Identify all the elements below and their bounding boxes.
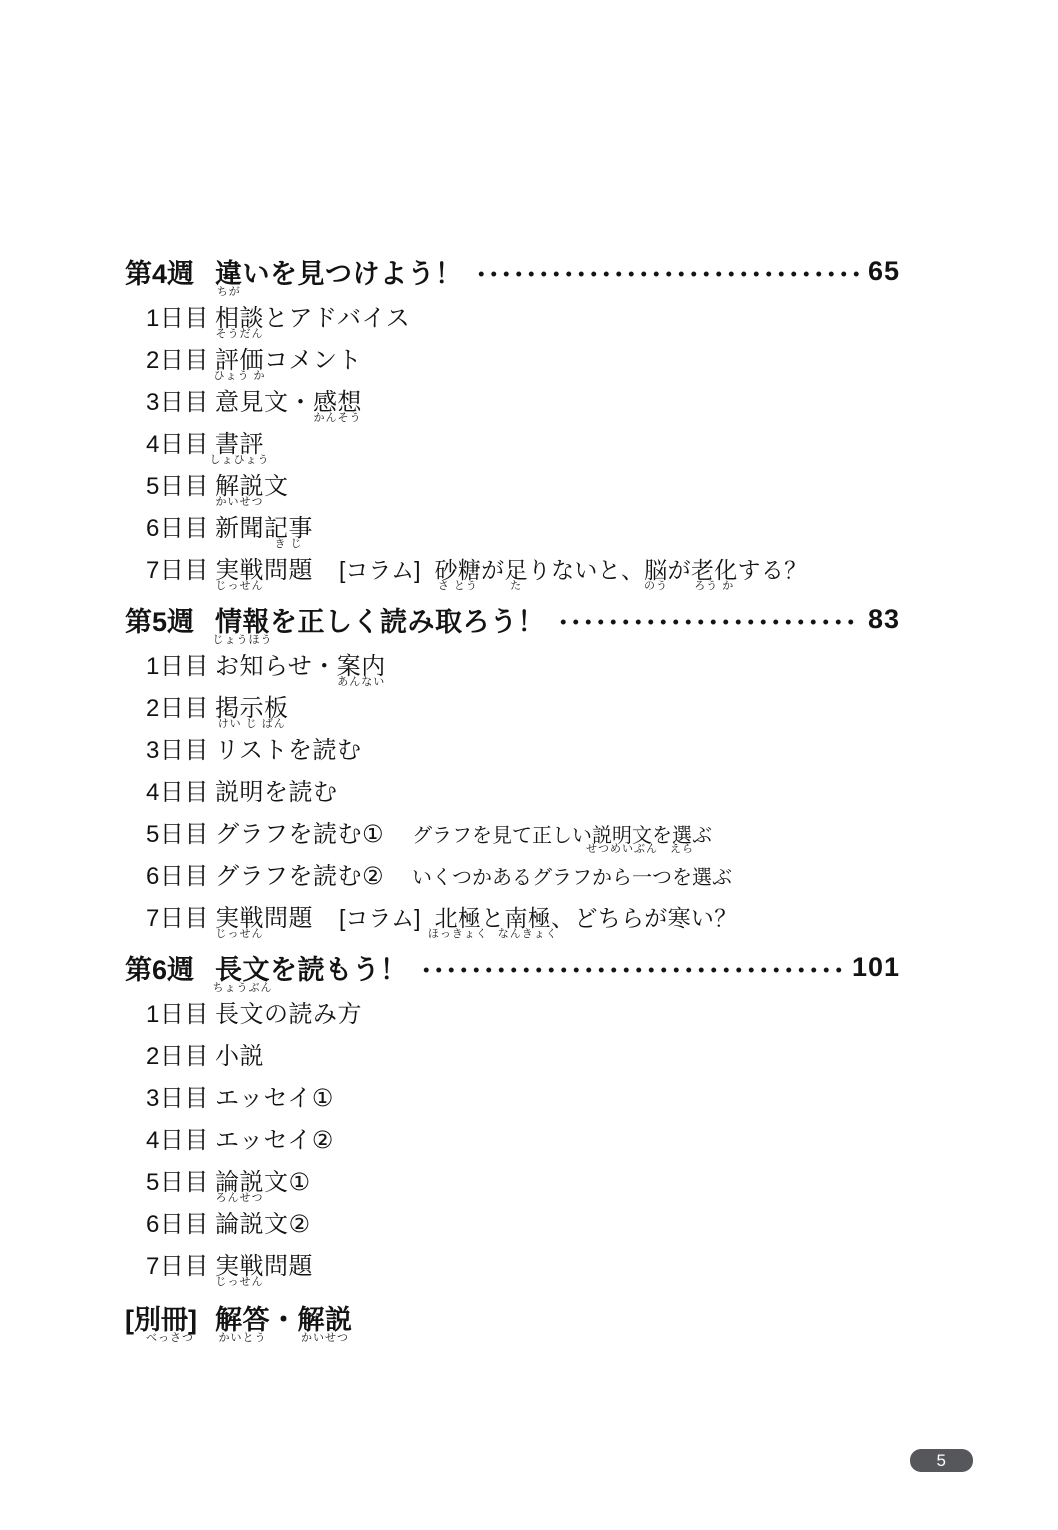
- furigana-text: ちが: [217, 287, 241, 298]
- day-title: 意見文・感想かんそう: [215, 382, 362, 417]
- toc-day-row: 4日目エッセイ②: [146, 1120, 1028, 1150]
- day-title: エッセイ①: [215, 1078, 334, 1113]
- text-segment: いくつかあるグラフから一つを選ぶ: [412, 867, 732, 889]
- furigana-text: えら: [670, 844, 694, 855]
- day-title: 実戦じっせん問題: [215, 1246, 313, 1281]
- furigana-text: ひょう か: [213, 371, 265, 382]
- day-title: 解説かいせつ文: [215, 466, 289, 501]
- week-page-number: 101: [852, 952, 900, 983]
- day-title: エッセイ②: [215, 1120, 334, 1155]
- ruby-base: 長文: [215, 955, 270, 985]
- column-tag: [コラム]: [339, 552, 421, 585]
- ruby-word: 選えら: [672, 819, 692, 848]
- text-segment: 新聞: [215, 515, 264, 542]
- table-of-contents: 第4週違ちがいを見つけよう！651日目相談そうだんとアドバイス2日目評価ひょう …: [0, 254, 1058, 1332]
- column-title: 砂糖さ とうが足たりないと、脳のうが老化ろう かする？: [435, 552, 808, 585]
- furigana-text: のう: [644, 581, 668, 592]
- furigana-text: かんそう: [314, 413, 362, 424]
- furigana-text: じょうほう: [213, 635, 273, 646]
- day-label: 1日目: [146, 646, 215, 681]
- text-segment: する？: [738, 557, 808, 583]
- text-segment: エッセイ②: [215, 1127, 334, 1154]
- day-title: リストを読む: [215, 730, 362, 765]
- day-title: 評価ひょう かコメント: [215, 340, 362, 375]
- toc-week-section-4: 第4週違ちがいを見つけよう！651日目相談そうだんとアドバイス2日目評価ひょう …: [0, 254, 1058, 580]
- day-title: 小説: [215, 1036, 264, 1071]
- toc-day-row: 5日目解説かいせつ文: [146, 466, 1028, 496]
- toc-day-row: 7日目実戦じっせん問題[コラム]北極ほっきょくと南極なんきょく、どちらが寒い？: [146, 898, 1028, 928]
- column-title: 北極ほっきょくと南極なんきょく、どちらが寒い？: [435, 900, 738, 933]
- toc-day-row: 4日目書評しょひょう: [146, 424, 1028, 454]
- week-title: 長文ちょうぶんを読もう！: [215, 948, 408, 987]
- ruby-word: 相談そうだん: [215, 298, 264, 333]
- day-label: 2日目: [146, 688, 215, 723]
- ruby-base: [別冊]: [125, 1305, 197, 1335]
- day-label: 3日目: [146, 730, 215, 765]
- text-segment: グラフを見て正しい: [412, 825, 592, 847]
- text-segment: 説明を読む: [215, 779, 338, 806]
- week-page-number: 83: [868, 604, 900, 635]
- text-segment: お知らせ・: [215, 653, 337, 680]
- day-label: 2日目: [146, 1036, 215, 1071]
- toc-week-section-6: 第6週長文ちょうぶんを読もう！1011日目長文の読み方2日目小説3日目エッセイ①…: [0, 950, 1058, 1276]
- ruby-word: 足た: [504, 552, 527, 585]
- ruby-word: 解説かいせつ: [215, 466, 264, 501]
- dot-leader-line: [557, 619, 860, 625]
- toc-day-row: 5日目論説ろんせつ文①: [146, 1162, 1028, 1192]
- page-number-badge: 5: [910, 1449, 973, 1472]
- text-segment: とアドバイス: [264, 305, 410, 332]
- toc-day-row: 2日目小説: [146, 1036, 1028, 1066]
- day-label: 5日目: [146, 1162, 215, 1197]
- text-segment: 意見文・: [215, 389, 313, 416]
- ruby-word: 長文ちょうぶん: [215, 948, 270, 987]
- toc-day-row: 6日目グラフを読む②いくつかあるグラフから一つを選ぶ: [146, 856, 1028, 886]
- ruby-word: 解答かいとう: [215, 1298, 270, 1337]
- day-label: 4日目: [146, 772, 215, 807]
- week-title: 違ちがいを見つけよう！: [215, 252, 463, 291]
- ruby-word: 老化ろう か: [691, 552, 738, 585]
- ruby-word: 北極ほっきょく: [435, 900, 482, 933]
- appendix-label: [別冊]べっさつ: [125, 1298, 215, 1337]
- ruby-word: 掲示板けい じ ばん: [215, 688, 289, 723]
- day-title: 掲示板けい じ ばん: [215, 688, 289, 723]
- text-segment: 問題: [264, 905, 313, 932]
- ruby-word: 解説かいせつ: [298, 1298, 353, 1337]
- text-segment: りないと、: [528, 557, 645, 583]
- text-segment: を正しく読み取ろう！: [270, 607, 545, 637]
- day-label: 6日目: [146, 508, 215, 543]
- dot-leader-line: [475, 271, 860, 277]
- toc-day-row: 1日目長文の読み方: [146, 994, 1028, 1024]
- ruby-word: 書評しょひょう: [215, 424, 264, 459]
- furigana-text: ちょうぶん: [213, 983, 273, 994]
- ruby-word: 案内あんない: [337, 646, 386, 681]
- furigana-text: き じ: [274, 539, 302, 550]
- day-label: 3日目: [146, 382, 215, 417]
- ruby-word: 実戦じっせん: [215, 1246, 264, 1281]
- day-title: 論説ろんせつ文①: [215, 1162, 311, 1197]
- text-segment: グラフを読む②: [215, 863, 384, 890]
- day-label: 1日目: [146, 994, 215, 1029]
- week-label: 第6週: [125, 948, 215, 987]
- furigana-text: じっせん: [216, 1277, 264, 1288]
- day-label: 6日目: [146, 856, 215, 891]
- text-segment: 問題: [264, 1253, 313, 1280]
- day-title: グラフを読む②: [215, 856, 384, 891]
- day-label: 7日目: [146, 1246, 215, 1281]
- toc-day-row: 3日目リストを読む: [146, 730, 1028, 760]
- text-segment: を読もう！: [270, 955, 408, 985]
- toc-day-row: 7日目実戦じっせん問題[コラム]砂糖さ とうが足たりないと、脳のうが老化ろう か…: [146, 550, 1028, 580]
- furigana-text: ろんせつ: [216, 1193, 264, 1204]
- day-subtitle: いくつかあるグラフから一つを選ぶ: [412, 861, 732, 890]
- ruby-word: 論説ろんせつ: [215, 1162, 264, 1197]
- text-segment: グラフを読む①: [215, 821, 384, 848]
- text-segment: が: [668, 557, 691, 583]
- toc-day-row: 2日目掲示板けい じ ばん: [146, 688, 1028, 718]
- day-title: 実戦じっせん問題: [215, 898, 313, 933]
- day-label: 1日目: [146, 298, 215, 333]
- day-label: 5日目: [146, 814, 215, 849]
- furigana-text: かいとう: [219, 1333, 267, 1344]
- toc-week-section-5: 第5週情報じょうほうを正しく読み取ろう！831日目お知らせ・案内あんない2日目掲…: [0, 602, 1058, 928]
- furigana-text: けい じ ばん: [218, 719, 286, 730]
- ruby-word: 南極なんきょく: [504, 900, 551, 933]
- furigana-text: べっさつ: [146, 1333, 194, 1344]
- day-label: 6日目: [146, 1204, 215, 1239]
- text-segment: リストを読む: [215, 737, 362, 764]
- furigana-text: しょひょう: [210, 455, 270, 466]
- day-label: 7日目: [146, 898, 215, 933]
- day-title: 実戦じっせん問題: [215, 550, 313, 585]
- toc-day-row: 1日目相談そうだんとアドバイス: [146, 298, 1028, 328]
- toc-appendix-row: [別冊]べっさつ解答かいとう・解説かいせつ: [125, 1298, 1058, 1332]
- week-label: 第5週: [125, 600, 215, 639]
- text-segment: エッセイ①: [215, 1085, 334, 1112]
- day-title: 論説文②: [215, 1204, 311, 1239]
- day-title: 新聞記事き じ: [215, 508, 313, 543]
- toc-week-header-row: 第4週違ちがいを見つけよう！65: [125, 254, 900, 288]
- toc-day-row: 7日目実戦じっせん問題: [146, 1246, 1028, 1276]
- toc-day-row: 2日目評価ひょう かコメント: [146, 340, 1028, 370]
- ruby-word: 実戦じっせん: [215, 550, 264, 585]
- furigana-text: た: [510, 581, 522, 592]
- text-segment: 問題: [264, 557, 313, 584]
- furigana-text: なんきょく: [498, 929, 558, 940]
- toc-day-row: 6日目論説文②: [146, 1204, 1028, 1234]
- text-segment: 論説文②: [215, 1211, 311, 1238]
- ruby-word: 記事き じ: [264, 508, 313, 543]
- day-subtitle: グラフを見て正しい説明文せつめいぶんを選えらぶ: [412, 819, 712, 848]
- furigana-text: あんない: [337, 677, 385, 688]
- ruby-base: 違: [215, 259, 243, 289]
- toc-day-row: 3日目意見文・感想かんそう: [146, 382, 1028, 412]
- day-label: 4日目: [146, 424, 215, 459]
- ruby-base: 解答: [215, 1305, 270, 1335]
- week-label: 第4週: [125, 252, 215, 291]
- day-title: 長文の読み方: [215, 994, 362, 1029]
- text-segment: が: [481, 557, 504, 583]
- day-label: 4日目: [146, 1120, 215, 1155]
- ruby-word: 評価ひょう か: [215, 340, 264, 375]
- furigana-text: そうだん: [216, 329, 264, 340]
- toc-day-row: 3日目エッセイ①: [146, 1078, 1028, 1108]
- appendix-title: 解答かいとう・解説かいせつ: [215, 1298, 353, 1337]
- day-label: 3日目: [146, 1078, 215, 1113]
- ruby-word: 情報じょうほう: [215, 600, 270, 639]
- day-title: 説明を読む: [215, 772, 338, 807]
- text-segment: ・: [270, 1305, 298, 1335]
- ruby-word: 違ちが: [215, 252, 243, 291]
- day-title: お知らせ・案内あんない: [215, 646, 386, 681]
- day-title: 相談そうだんとアドバイス: [215, 298, 410, 333]
- toc-week-header-row: 第6週長文ちょうぶんを読もう！101: [125, 950, 900, 984]
- furigana-text: じっせん: [216, 929, 264, 940]
- furigana-text: ろう か: [694, 581, 734, 592]
- ruby-word: 砂糖さ とう: [435, 552, 482, 585]
- toc-day-row: 1日目お知らせ・案内あんない: [146, 646, 1028, 676]
- text-segment: いを見つけよう！: [243, 259, 463, 289]
- dot-leader-line: [420, 967, 844, 973]
- ruby-word: 感想かんそう: [313, 382, 362, 417]
- text-segment: ぶ: [692, 825, 712, 847]
- ruby-word: 実戦じっせん: [215, 898, 264, 933]
- furigana-text: かいせつ: [216, 497, 264, 508]
- ruby-word: 説明文せつめいぶん: [592, 819, 652, 848]
- furigana-text: さ とう: [438, 581, 478, 592]
- week-title: 情報じょうほうを正しく読み取ろう！: [215, 600, 545, 639]
- text-segment: 小説: [215, 1043, 264, 1070]
- text-segment: 文①: [264, 1169, 311, 1196]
- toc-day-row: 6日目新聞記事き じ: [146, 508, 1028, 538]
- day-title: グラフを読む①: [215, 814, 384, 849]
- day-label: 2日目: [146, 340, 215, 375]
- toc-week-header-row: 第5週情報じょうほうを正しく読み取ろう！83: [125, 602, 900, 636]
- text-segment: 、どちらが寒い？: [551, 905, 737, 931]
- week-page-number: 65: [868, 256, 900, 287]
- day-title: 書評しょひょう: [215, 424, 264, 459]
- day-label: 5日目: [146, 466, 215, 501]
- toc-day-row: 4日目説明を読む: [146, 772, 1028, 802]
- text-segment: 文: [264, 473, 289, 500]
- text-segment: 長文の読み方: [215, 1001, 362, 1028]
- text-segment: コメント: [264, 347, 362, 374]
- ruby-base: 解説: [298, 1305, 353, 1335]
- day-label: 7日目: [146, 550, 215, 585]
- furigana-text: せつめいぶん: [586, 844, 658, 855]
- column-tag: [コラム]: [339, 900, 421, 933]
- furigana-text: ほっきょく: [428, 929, 488, 940]
- furigana-text: じっせん: [216, 581, 264, 592]
- furigana-text: かいせつ: [301, 1333, 349, 1344]
- ruby-word: 脳のう: [644, 552, 667, 585]
- page-number: 5: [937, 1451, 947, 1471]
- toc-day-row: 5日目グラフを読む①グラフを見て正しい説明文せつめいぶんを選えらぶ: [146, 814, 1028, 844]
- ruby-base: 情報: [215, 607, 270, 637]
